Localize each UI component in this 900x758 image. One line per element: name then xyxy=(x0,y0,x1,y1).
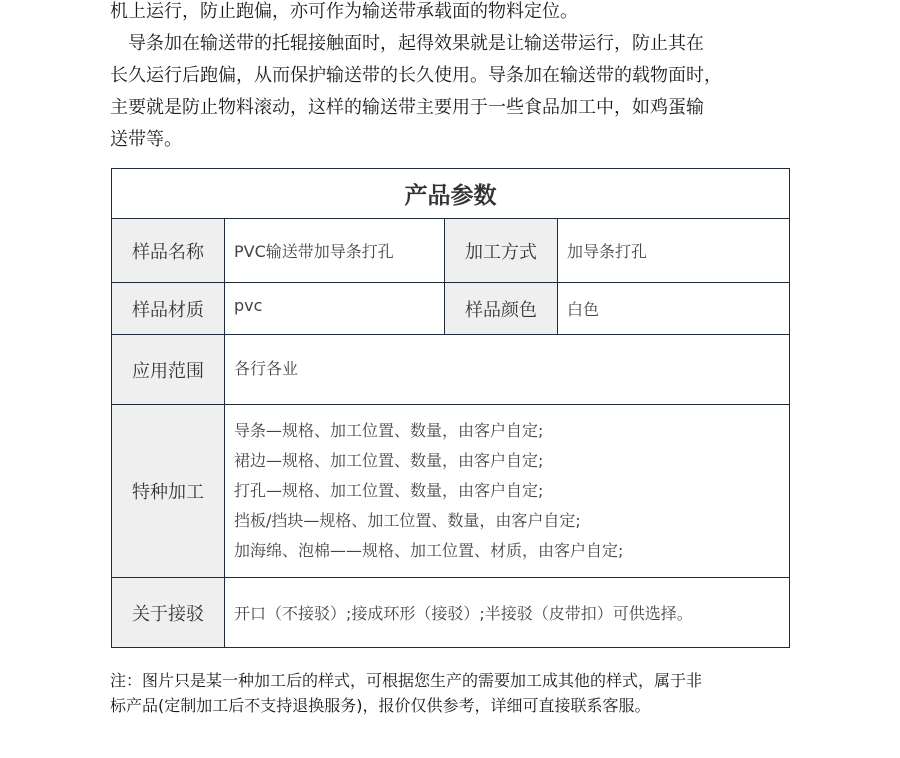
intro-line: 导条加在输送带的托辊接触面时，起得效果就是让输送带运行，防止其在 xyxy=(110,28,790,60)
scope-value: 各行各业 xyxy=(225,335,790,405)
scope-label: 应用范围 xyxy=(112,335,225,405)
joint-value: 开口（不接驳）;接成环形（接驳）;半接驳（皮带扣）可供选择。 xyxy=(225,578,790,648)
name-value: PVC输送带加导条打孔 xyxy=(225,219,445,283)
special-item: 打孔—规格、加工位置、数量，由客户自定; xyxy=(234,476,789,506)
intro-line: 长久运行后跑偏，从而保护输送带的长久使用。导条加在输送带的载物面时， xyxy=(110,60,790,92)
material-label: 样品材质 xyxy=(112,283,225,335)
method-label: 加工方式 xyxy=(445,219,558,283)
special-item: 裙边—规格、加工位置、数量，由客户自定; xyxy=(234,446,789,476)
special-values: 导条—规格、加工位置、数量，由客户自定; 裙边—规格、加工位置、数量，由客户自定… xyxy=(225,405,790,578)
special-item: 导条—规格、加工位置、数量，由客户自定; xyxy=(234,416,789,446)
special-label: 特种加工 xyxy=(112,405,225,578)
joint-label: 关于接驳 xyxy=(112,578,225,648)
intro-text: 机上运行，防止跑偏，亦可作为输送带承载面的物料定位。 导条加在输送带的托辊接触面… xyxy=(110,0,790,156)
material-value: pvc xyxy=(225,283,445,335)
color-value: 白色 xyxy=(558,283,790,335)
product-params-table: 产品参数 样品名称 PVC输送带加导条打孔 加工方式 加导条打孔 样品材质 pv… xyxy=(111,168,790,648)
table-title: 产品参数 xyxy=(112,169,790,219)
special-item: 挡板/挡块—规格、加工位置、数量，由客户自定; xyxy=(234,506,789,536)
intro-line: 主要就是防止物料滚动，这样的输送带主要用于一些食品加工中，如鸡蛋输 xyxy=(110,92,790,124)
special-item: 加海绵、泡棉——规格、加工位置、材质，由客户自定; xyxy=(234,536,789,566)
intro-line: 送带等。 xyxy=(110,124,790,156)
note-line: 注：图片只是某一种加工后的样式，可根据您生产的需要加工成其他的样式，属于非 xyxy=(110,668,790,693)
intro-line: 机上运行，防止跑偏，亦可作为输送带承载面的物料定位。 xyxy=(110,0,790,28)
note-text: 注：图片只是某一种加工后的样式，可根据您生产的需要加工成其他的样式，属于非 标产… xyxy=(110,668,790,718)
note-line: 标产品(定制加工后不支持退换服务)，报价仅供参考，详细可直接联系客服。 xyxy=(110,693,790,718)
color-label: 样品颜色 xyxy=(445,283,558,335)
name-label: 样品名称 xyxy=(112,219,225,283)
method-value: 加导条打孔 xyxy=(558,219,790,283)
